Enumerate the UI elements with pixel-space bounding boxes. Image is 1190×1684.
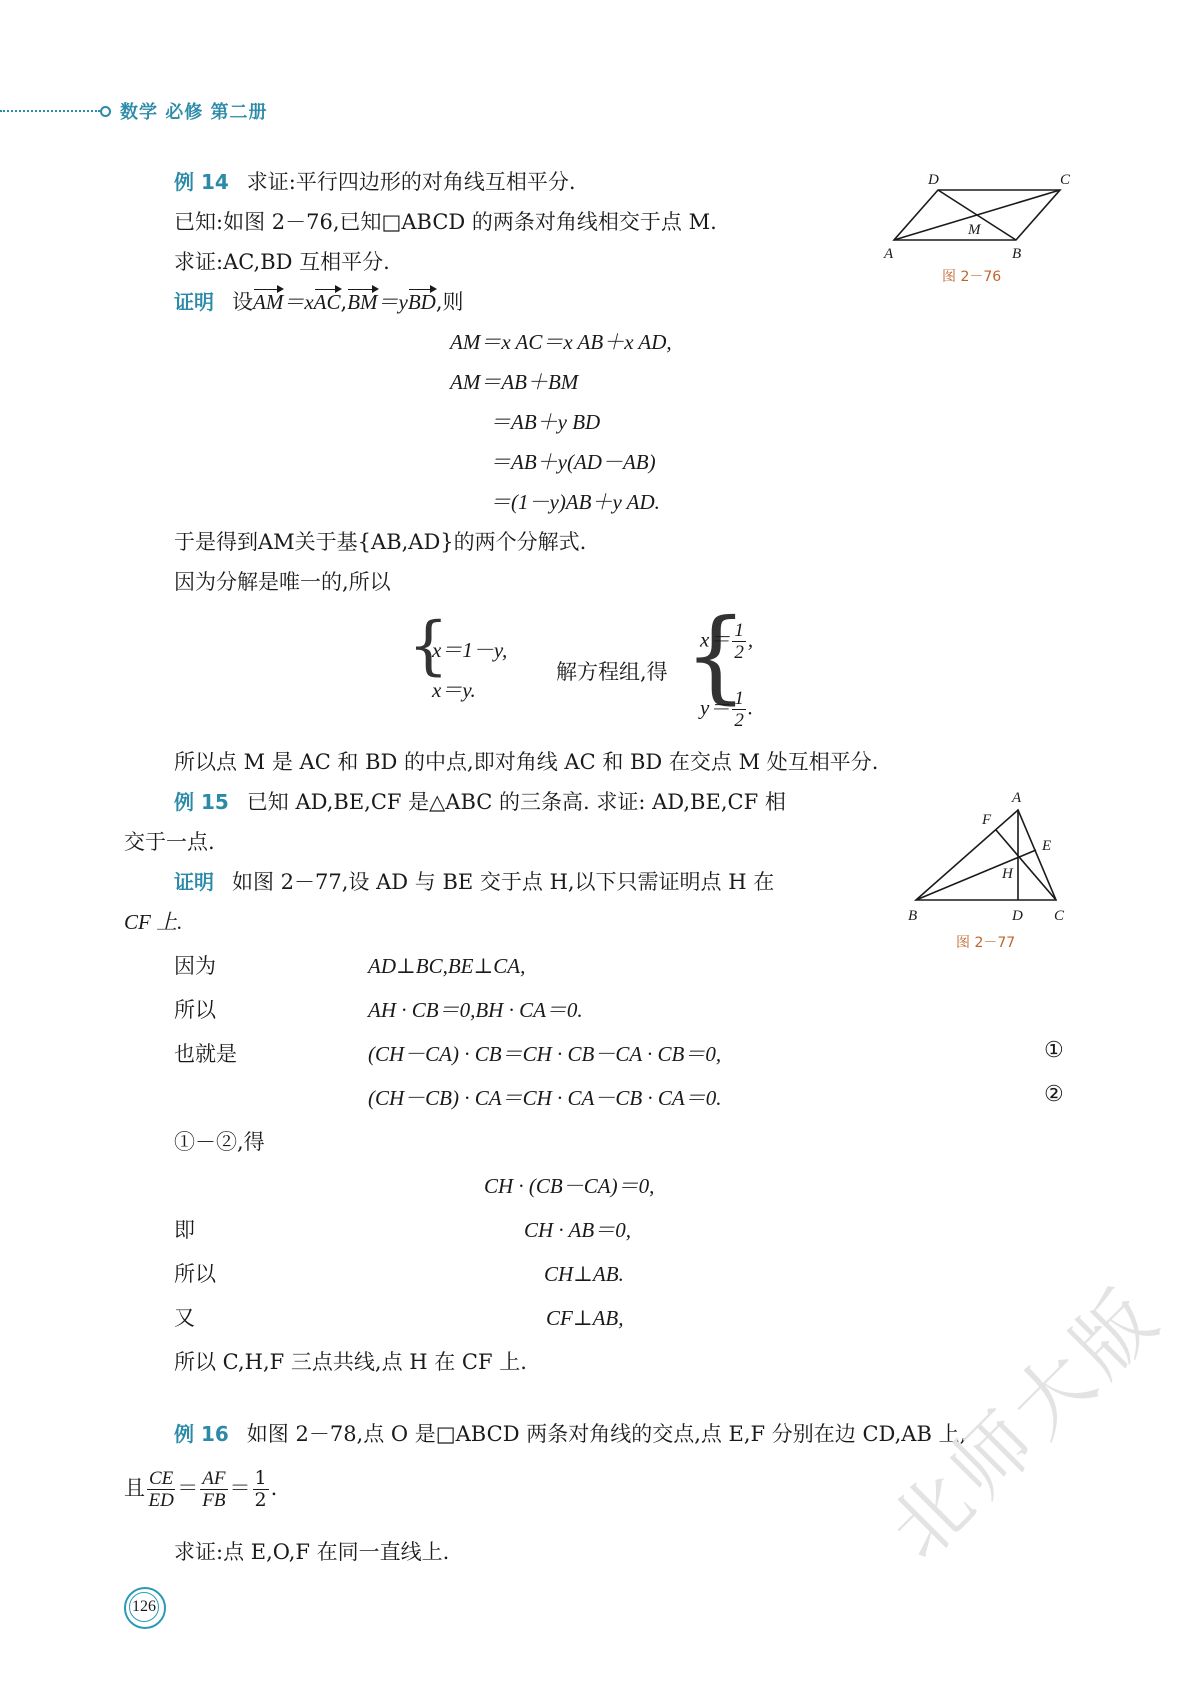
label-b: B: [908, 908, 917, 924]
label-c: C: [1054, 908, 1065, 924]
system1-eq2: x＝y.: [432, 676, 476, 704]
example15-statement-line1: 例 15已知 AD,BE,CF 是△ABC 的三条高. 求证: AD,BE,CF…: [174, 788, 786, 816]
vector-ac: AC: [314, 288, 341, 316]
figure-2-76-parallelogram: D C A B M: [880, 168, 1090, 268]
numerator: 1: [732, 620, 746, 642]
denominator: 2: [734, 642, 744, 663]
numerator: 1: [732, 688, 746, 710]
proof-text: ＝y: [378, 290, 408, 314]
example15-label: 例 15: [174, 790, 229, 814]
numerator: AF: [200, 1468, 227, 1490]
label-h: H: [1001, 866, 1014, 882]
system1-eq1: x＝1－y,: [432, 636, 507, 664]
statement-text: 且: [124, 1476, 145, 1500]
result-word: 所以: [174, 1260, 216, 1288]
page-number: 126: [129, 1592, 159, 1622]
example14-label: 例 14: [174, 170, 229, 194]
book-title: 数学 必修 第二册: [120, 98, 268, 124]
solve-text: 解方程组,得: [556, 658, 668, 686]
figure-caption-2-77: 图 2－77: [956, 932, 1015, 952]
example14-statement: 求证:平行四边形的对角线互相平分.: [247, 170, 576, 194]
page-number-badge: 126: [124, 1587, 166, 1629]
label-f: F: [981, 812, 992, 828]
result-expr: CH · AB＝0,: [524, 1216, 631, 1244]
example15-proof-line2: CF 上.: [124, 908, 182, 936]
proof-text: ,: [341, 290, 348, 314]
example14-text-after2: 因为分解是唯一的,所以: [174, 568, 391, 596]
denominator: FB: [202, 1490, 225, 1511]
numerator: CE: [147, 1468, 175, 1490]
equation-line-1: AM＝x AC＝x AB＋x AD,: [450, 328, 672, 356]
fraction-af-fb: AFFB: [200, 1468, 227, 1511]
example15-statement: 已知 AD,BE,CF 是△ABC 的三条高. 求证: AD,BE,CF 相: [247, 790, 786, 814]
example15-conclusion: 所以 C,H,F 三点共线,点 H 在 CF 上.: [174, 1348, 527, 1376]
label-a: A: [883, 246, 894, 262]
step-word: 所以: [174, 996, 216, 1024]
example15-proof-line1: 证明如图 2－77,设 AD 与 BE 交于点 H,以下只需证明点 H 在: [174, 868, 774, 896]
step-expr: (CH－CB) · CA＝CH · CA－CB · CA＝0.: [368, 1084, 722, 1112]
step-word: 也就是: [174, 1040, 237, 1068]
vector-am: AM: [253, 288, 283, 316]
step-expr: (CH－CA) · CB＝CH · CB－CA · CB＝0,: [368, 1040, 721, 1068]
denominator: 2: [734, 710, 744, 731]
label-a: A: [1011, 790, 1022, 806]
step-word: 因为: [174, 952, 216, 980]
equation-line-3: ＝AB＋y BD: [490, 408, 600, 436]
example15-proof-text: 如图 2－77,设 AD 与 BE 交于点 H,以下只需证明点 H 在: [232, 870, 774, 894]
result-expr: CH⊥AB.: [544, 1260, 624, 1288]
example14-conclusion: 所以点 M 是 AC 和 BD 的中点,即对角线 AC 和 BD 在交点 M 处…: [174, 748, 878, 776]
denominator: ED: [148, 1490, 173, 1511]
fraction-one-half: 12: [253, 1468, 269, 1511]
example14-proof-line: 证明设AM＝xAC,BM＝yBD,则: [174, 288, 464, 316]
example16-prove: 求证:点 E,O,F 在同一直线上.: [174, 1538, 449, 1566]
step-expr: AD⊥BC,BE⊥CA,: [368, 952, 525, 980]
figure-caption-2-76: 图 2－76: [942, 266, 1001, 286]
numerator: 1: [253, 1468, 269, 1490]
punct: .: [748, 695, 753, 719]
equation-lhs: x＝: [700, 627, 730, 651]
example14-given: 已知:如图 2－76,已知□ABCD 的两条对角线相交于点 M.: [174, 208, 717, 236]
vector-bm: BM: [347, 288, 377, 316]
equation-line-5: ＝(1－y)AB＋y AD.: [490, 488, 660, 516]
equation-line-2: AM＝AB＋BM: [450, 368, 578, 396]
example15-statement-line2: 交于一点.: [124, 828, 215, 856]
fraction-ce-ed: CEED: [147, 1468, 175, 1511]
header-dotted-line: [0, 110, 100, 112]
step-expr: AH · CB＝0,BH · CA＝0.: [368, 996, 583, 1024]
vector-bd: BD: [408, 288, 436, 316]
example14-proof-label: 证明: [174, 290, 214, 314]
subtract-line: ①－②,得: [174, 1128, 265, 1156]
result-word: 又: [174, 1304, 195, 1332]
equation-lhs: y＝: [700, 695, 730, 719]
label-c: C: [1060, 172, 1071, 188]
example14-text-after1: 于是得到AM关于基{AB,AD}的两个分解式.: [174, 528, 586, 556]
example14-prove: 求证:AC,BD 互相平分.: [174, 248, 390, 276]
system2-eq1: x＝12,: [700, 620, 753, 663]
example16-statement: 如图 2－78,点 O 是□ABCD 两条对角线的交点,点 E,F 分别在边 C…: [247, 1422, 966, 1446]
label-d: D: [1011, 908, 1023, 924]
example16-statement-line2: 且CEED＝AFFB＝12.: [124, 1468, 277, 1511]
label-d: D: [927, 172, 939, 188]
label-m: M: [967, 222, 982, 238]
example16-label: 例 16: [174, 1422, 229, 1446]
label-b: B: [1012, 246, 1021, 262]
fraction: 12: [732, 620, 746, 663]
punct: ,: [748, 627, 753, 651]
watermark: 北师大版: [860, 1257, 1182, 1579]
result-word: 即: [174, 1216, 195, 1244]
result-expr: CH · (CB－CA)＝0,: [484, 1172, 654, 1200]
example15-proof-label: 证明: [174, 870, 214, 894]
denominator: 2: [255, 1490, 267, 1511]
fraction: 12: [732, 688, 746, 731]
proof-text: ,则: [436, 290, 464, 314]
example16-statement-line1: 例 16如图 2－78,点 O 是□ABCD 两条对角线的交点,点 E,F 分别…: [174, 1420, 966, 1448]
label-e: E: [1041, 838, 1051, 854]
proof-text: ＝x: [283, 290, 313, 314]
equation-tag-2: ②: [1044, 1082, 1064, 1107]
equation-tag-1: ①: [1044, 1038, 1064, 1063]
example14-statement-line: 例 14求证:平行四边形的对角线互相平分.: [174, 168, 576, 196]
proof-text: 设: [232, 290, 253, 314]
header-circle-icon: [100, 106, 111, 117]
equation-line-4: ＝AB＋y(AD－AB): [490, 448, 656, 476]
result-expr: CF⊥AB,: [546, 1304, 624, 1332]
figure-2-77-triangle: A F E H B D C: [900, 780, 1080, 930]
system2-eq2: y＝12.: [700, 688, 753, 731]
